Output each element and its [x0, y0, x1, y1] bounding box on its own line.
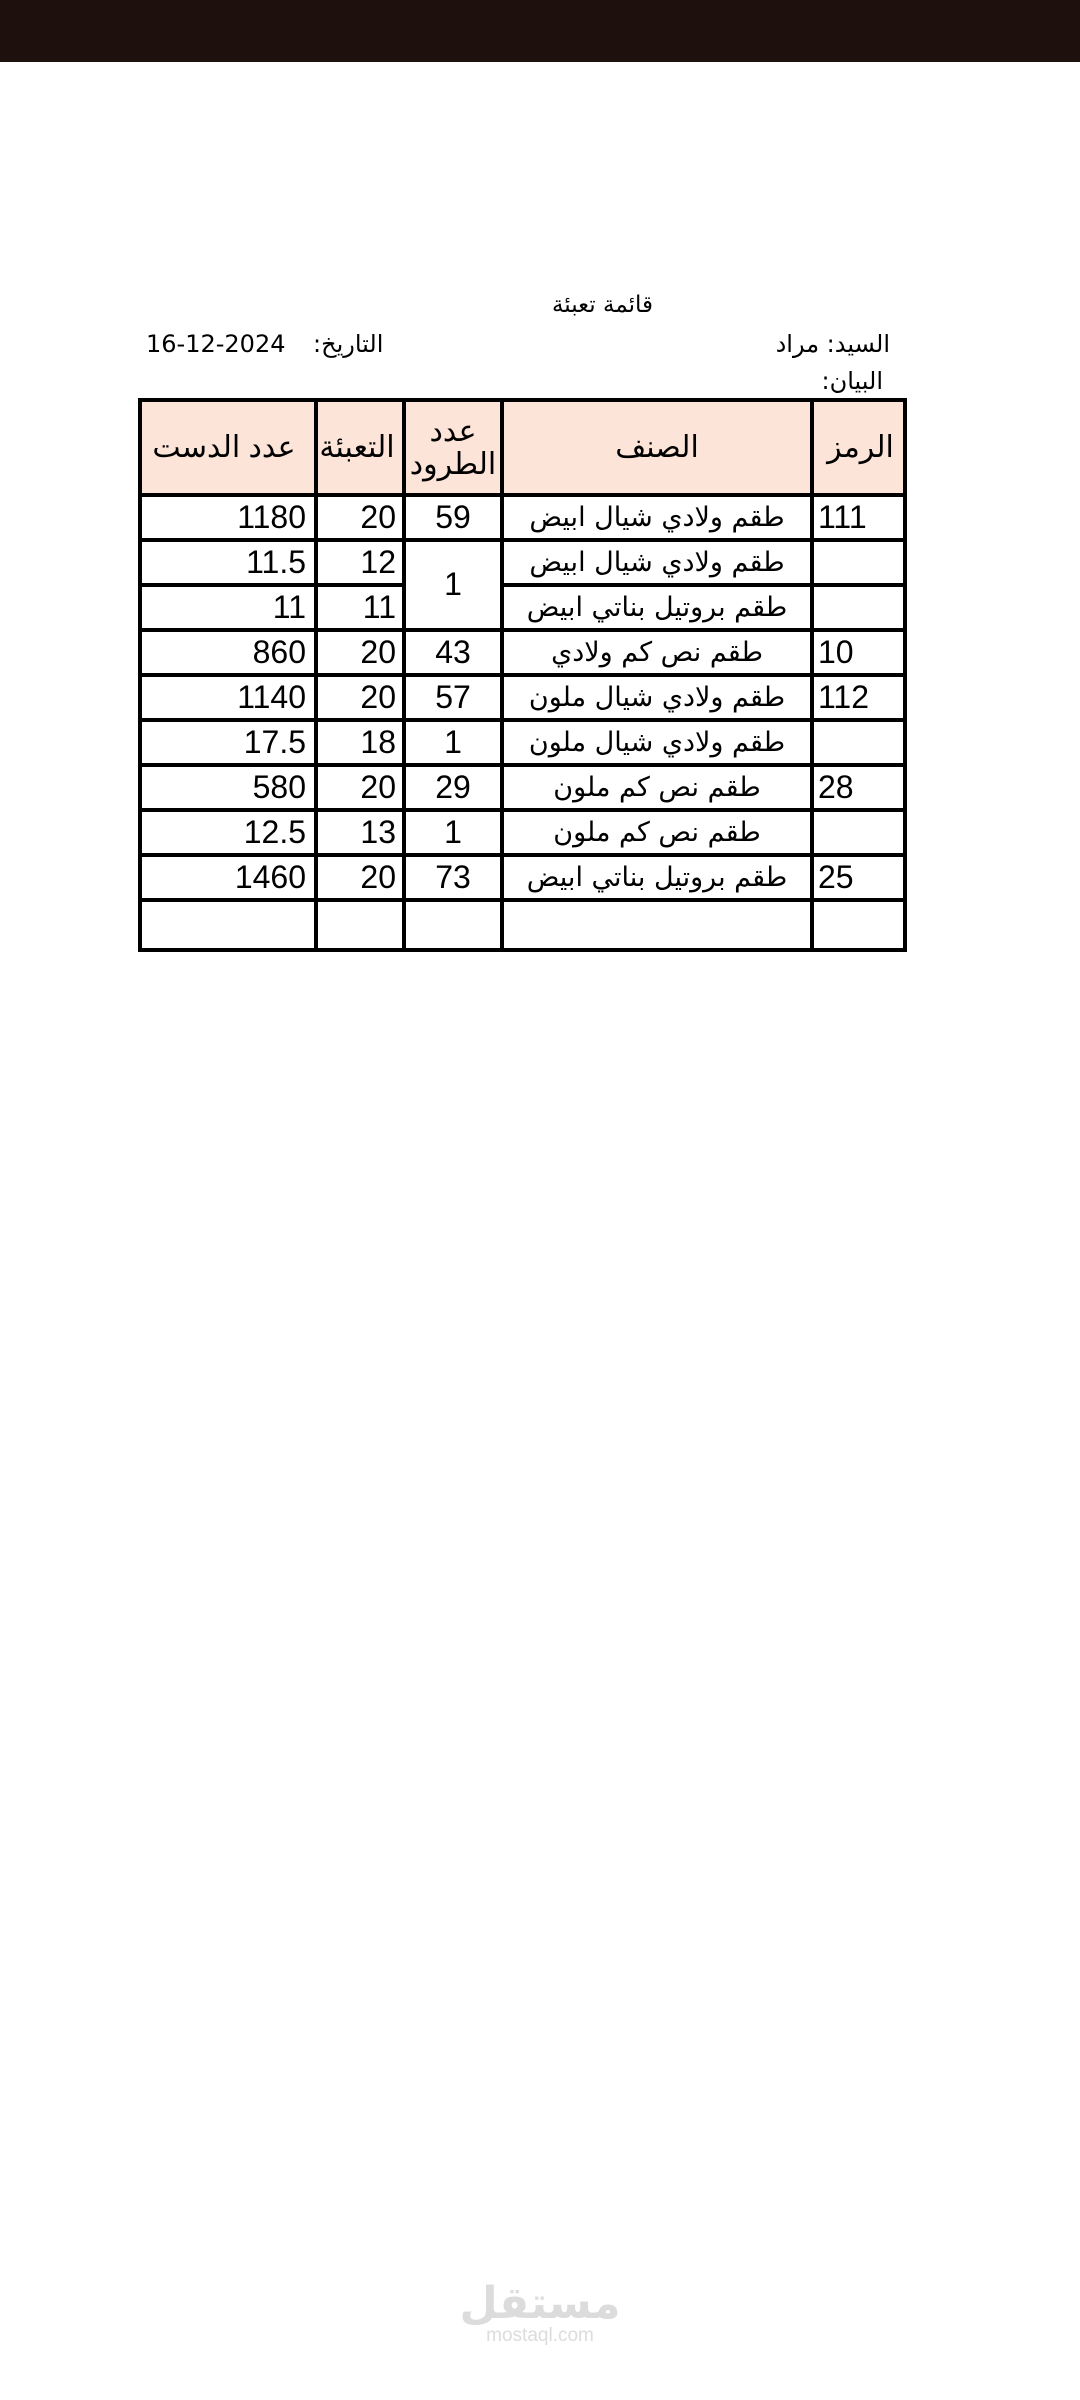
statement-label: البيان: — [822, 367, 884, 395]
date-value: 16-12-2024 — [146, 330, 285, 358]
cell-sets-empty — [140, 900, 316, 950]
cell-packing: 11 — [316, 585, 404, 630]
date-label: التاريخ: — [313, 330, 383, 358]
table-row: 28 طقم نص كم ملون 29 20 580 — [140, 765, 905, 810]
table-row: طقم نص كم ملون 1 13 12.5 — [140, 810, 905, 855]
cell-cartons-empty — [404, 900, 502, 950]
packing-list-table: الرمز الصنف عدد الطرود التعبئة عدد الدست… — [138, 398, 907, 952]
cell-cartons: 57 — [404, 675, 502, 720]
cell-item: طقم ولادي شيال ابيض — [502, 540, 812, 585]
mostaql-watermark: مستقل mostaql.com — [0, 2282, 1080, 2347]
cell-cartons-merged: 1 — [404, 540, 502, 630]
cell-packing: 12 — [316, 540, 404, 585]
cell-cartons: 43 — [404, 630, 502, 675]
cell-code: 28 — [812, 765, 905, 810]
cell-code — [812, 540, 905, 585]
cell-sets: 11 — [140, 585, 316, 630]
header-code: الرمز — [812, 400, 905, 495]
table-row: 112 طقم ولادي شيال ملون 57 20 1140 — [140, 675, 905, 720]
cell-code-empty — [812, 900, 905, 950]
table-row: طقم ولادي شيال ابيض 1 12 11.5 — [140, 540, 905, 585]
cell-packing: 20 — [316, 495, 404, 540]
cell-item: طقم ولادي شيال ملون — [502, 675, 812, 720]
cell-packing: 20 — [316, 855, 404, 900]
table-row: 111 طقم ولادي شيال ابيض 59 20 1180 — [140, 495, 905, 540]
cell-packing: 20 — [316, 675, 404, 720]
cell-code: 111 — [812, 495, 905, 540]
cell-cartons: 1 — [404, 720, 502, 765]
document-title: قائمة تعبئة — [0, 292, 1080, 318]
cell-sets: 12.5 — [140, 810, 316, 855]
cell-code — [812, 585, 905, 630]
customer-name: السيد: مراد — [776, 330, 890, 358]
cell-code: 10 — [812, 630, 905, 675]
cell-cartons: 1 — [404, 810, 502, 855]
table-row: 25 طقم بروتيل بناتي ابيض 73 20 1460 — [140, 855, 905, 900]
cell-sets: 1460 — [140, 855, 316, 900]
cell-item: طقم نص كم ملون — [502, 810, 812, 855]
cell-item-empty — [502, 900, 812, 950]
cell-packing-empty — [316, 900, 404, 950]
cell-packing: 13 — [316, 810, 404, 855]
watermark-domain: mostaql.com — [0, 2326, 1080, 2347]
cell-cartons: 73 — [404, 855, 502, 900]
table-row: طقم ولادي شيال ملون 1 18 17.5 — [140, 720, 905, 765]
cell-item: طقم ولادي شيال ملون — [502, 720, 812, 765]
cell-packing: 20 — [316, 630, 404, 675]
cell-sets: 1180 — [140, 495, 316, 540]
header-sets: عدد الدست — [140, 400, 316, 495]
header-packing: التعبئة — [316, 400, 404, 495]
cell-sets: 580 — [140, 765, 316, 810]
cell-item: طقم نص كم ولادي — [502, 630, 812, 675]
header-cartons: عدد الطرود — [404, 400, 502, 495]
watermark-logo-arabic: مستقل — [0, 2282, 1080, 2326]
cell-item: طقم بروتيل بناتي ابيض — [502, 855, 812, 900]
cell-cartons: 29 — [404, 765, 502, 810]
table-row: 10 طقم نص كم ولادي 43 20 860 — [140, 630, 905, 675]
cell-code: 25 — [812, 855, 905, 900]
top-status-bar — [0, 0, 1080, 62]
cell-code — [812, 720, 905, 765]
cell-packing: 20 — [316, 765, 404, 810]
cell-packing: 18 — [316, 720, 404, 765]
cell-cartons: 59 — [404, 495, 502, 540]
header-item: الصنف — [502, 400, 812, 495]
cell-sets: 11.5 — [140, 540, 316, 585]
cell-sets: 1140 — [140, 675, 316, 720]
table-row-empty — [140, 900, 905, 950]
cell-code — [812, 810, 905, 855]
cell-item: طقم بروتيل بناتي ابيض — [502, 585, 812, 630]
cell-item: طقم نص كم ملون — [502, 765, 812, 810]
table-row: طقم بروتيل بناتي ابيض 11 11 — [140, 585, 905, 630]
cell-sets: 17.5 — [140, 720, 316, 765]
table-header-row: الرمز الصنف عدد الطرود التعبئة عدد الدست — [140, 400, 905, 495]
cell-code: 112 — [812, 675, 905, 720]
cell-sets: 860 — [140, 630, 316, 675]
cell-item: طقم ولادي شيال ابيض — [502, 495, 812, 540]
